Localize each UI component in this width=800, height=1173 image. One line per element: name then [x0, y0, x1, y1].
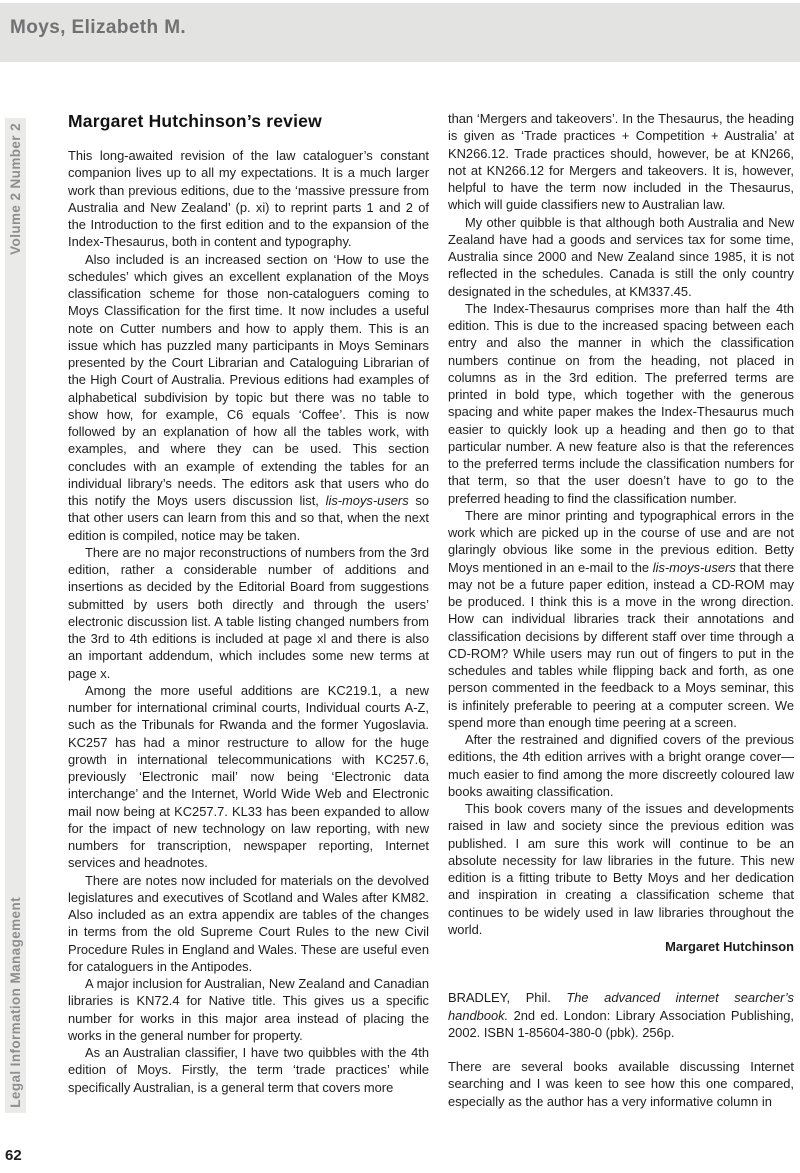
text-run: There are several books available discus… — [448, 1059, 794, 1109]
body-paragraph: This long-awaited revision of the law ca… — [68, 147, 429, 251]
body-paragraph: The Index-Thesaurus comprises more than … — [448, 300, 794, 507]
text-run: After the restrained and dignified cover… — [448, 732, 794, 799]
article-body: Margaret Hutchinson’s review This long-a… — [68, 110, 794, 1110]
text-run: The Index-Thesaurus comprises more than … — [448, 301, 794, 506]
text-run: BRADLEY, Phil. — [448, 990, 566, 1005]
page-number: 62 — [5, 1147, 22, 1164]
text-run: My other quibble is that although both A… — [448, 215, 794, 299]
right-column: than ‘Mergers and takeovers’. In the The… — [448, 110, 794, 1110]
italic-text-run: lis-moys-users — [326, 493, 409, 508]
body-paragraph: There are no major reconstructions of nu… — [68, 544, 429, 682]
text-run: Margaret Hutchinson — [665, 939, 794, 954]
body-paragraph: As an Australian classifier, I have two … — [68, 1044, 429, 1096]
body-paragraph: There are minor printing and typographic… — [448, 507, 794, 731]
body-paragraph: than ‘Mergers and takeovers’. In the The… — [448, 110, 794, 214]
text-run: This book covers many of the issues and … — [448, 801, 794, 937]
text-run: This long-awaited revision of the law ca… — [68, 148, 429, 249]
byline: Margaret Hutchinson — [448, 938, 794, 955]
text-run: As an Australian classifier, I have two … — [68, 1045, 429, 1095]
page-header-band: Moys, Elizabeth M. — [0, 3, 800, 62]
text-run: There are notes now included for materia… — [68, 873, 429, 974]
text-run: There are no major reconstructions of nu… — [68, 545, 429, 681]
body-paragraph: A major inclusion for Australian, New Ze… — [68, 975, 429, 1044]
journal-title-label: Legal Information Management — [8, 897, 23, 1108]
text-run: than ‘Mergers and takeovers’. In the The… — [448, 111, 794, 212]
body-paragraph: Also included is an increased section on… — [68, 251, 429, 544]
text-run: that there may not be a future paper edi… — [448, 560, 794, 730]
sidebar-band: Volume 2 Number 2 Legal Information Mana… — [5, 118, 26, 1113]
body-paragraph: My other quibble is that although both A… — [448, 214, 794, 300]
volume-label: Volume 2 Number 2 — [8, 123, 23, 255]
citation: BRADLEY, Phil. The advanced internet sea… — [448, 989, 794, 1041]
italic-text-run: lis-moys-users — [653, 560, 736, 575]
body-paragraph: After the restrained and dignified cover… — [448, 731, 794, 800]
text-run: Also included is an increased section on… — [68, 252, 429, 509]
text-run: Among the more useful additions are KC21… — [68, 683, 429, 871]
body-paragraph: There are notes now included for materia… — [68, 872, 429, 976]
text-run: A major inclusion for Australian, New Ze… — [68, 976, 429, 1043]
journal-page: Moys, Elizabeth M. Volume 2 Number 2 Leg… — [0, 0, 800, 1173]
running-header: Moys, Elizabeth M. — [10, 17, 186, 39]
body-paragraph: This book covers many of the issues and … — [448, 800, 794, 938]
body-paragraph: There are several books available discus… — [448, 1058, 794, 1110]
review-title: Margaret Hutchinson’s review — [68, 110, 429, 132]
left-column: Margaret Hutchinson’s review This long-a… — [68, 110, 429, 1110]
body-paragraph: Among the more useful additions are KC21… — [68, 682, 429, 872]
